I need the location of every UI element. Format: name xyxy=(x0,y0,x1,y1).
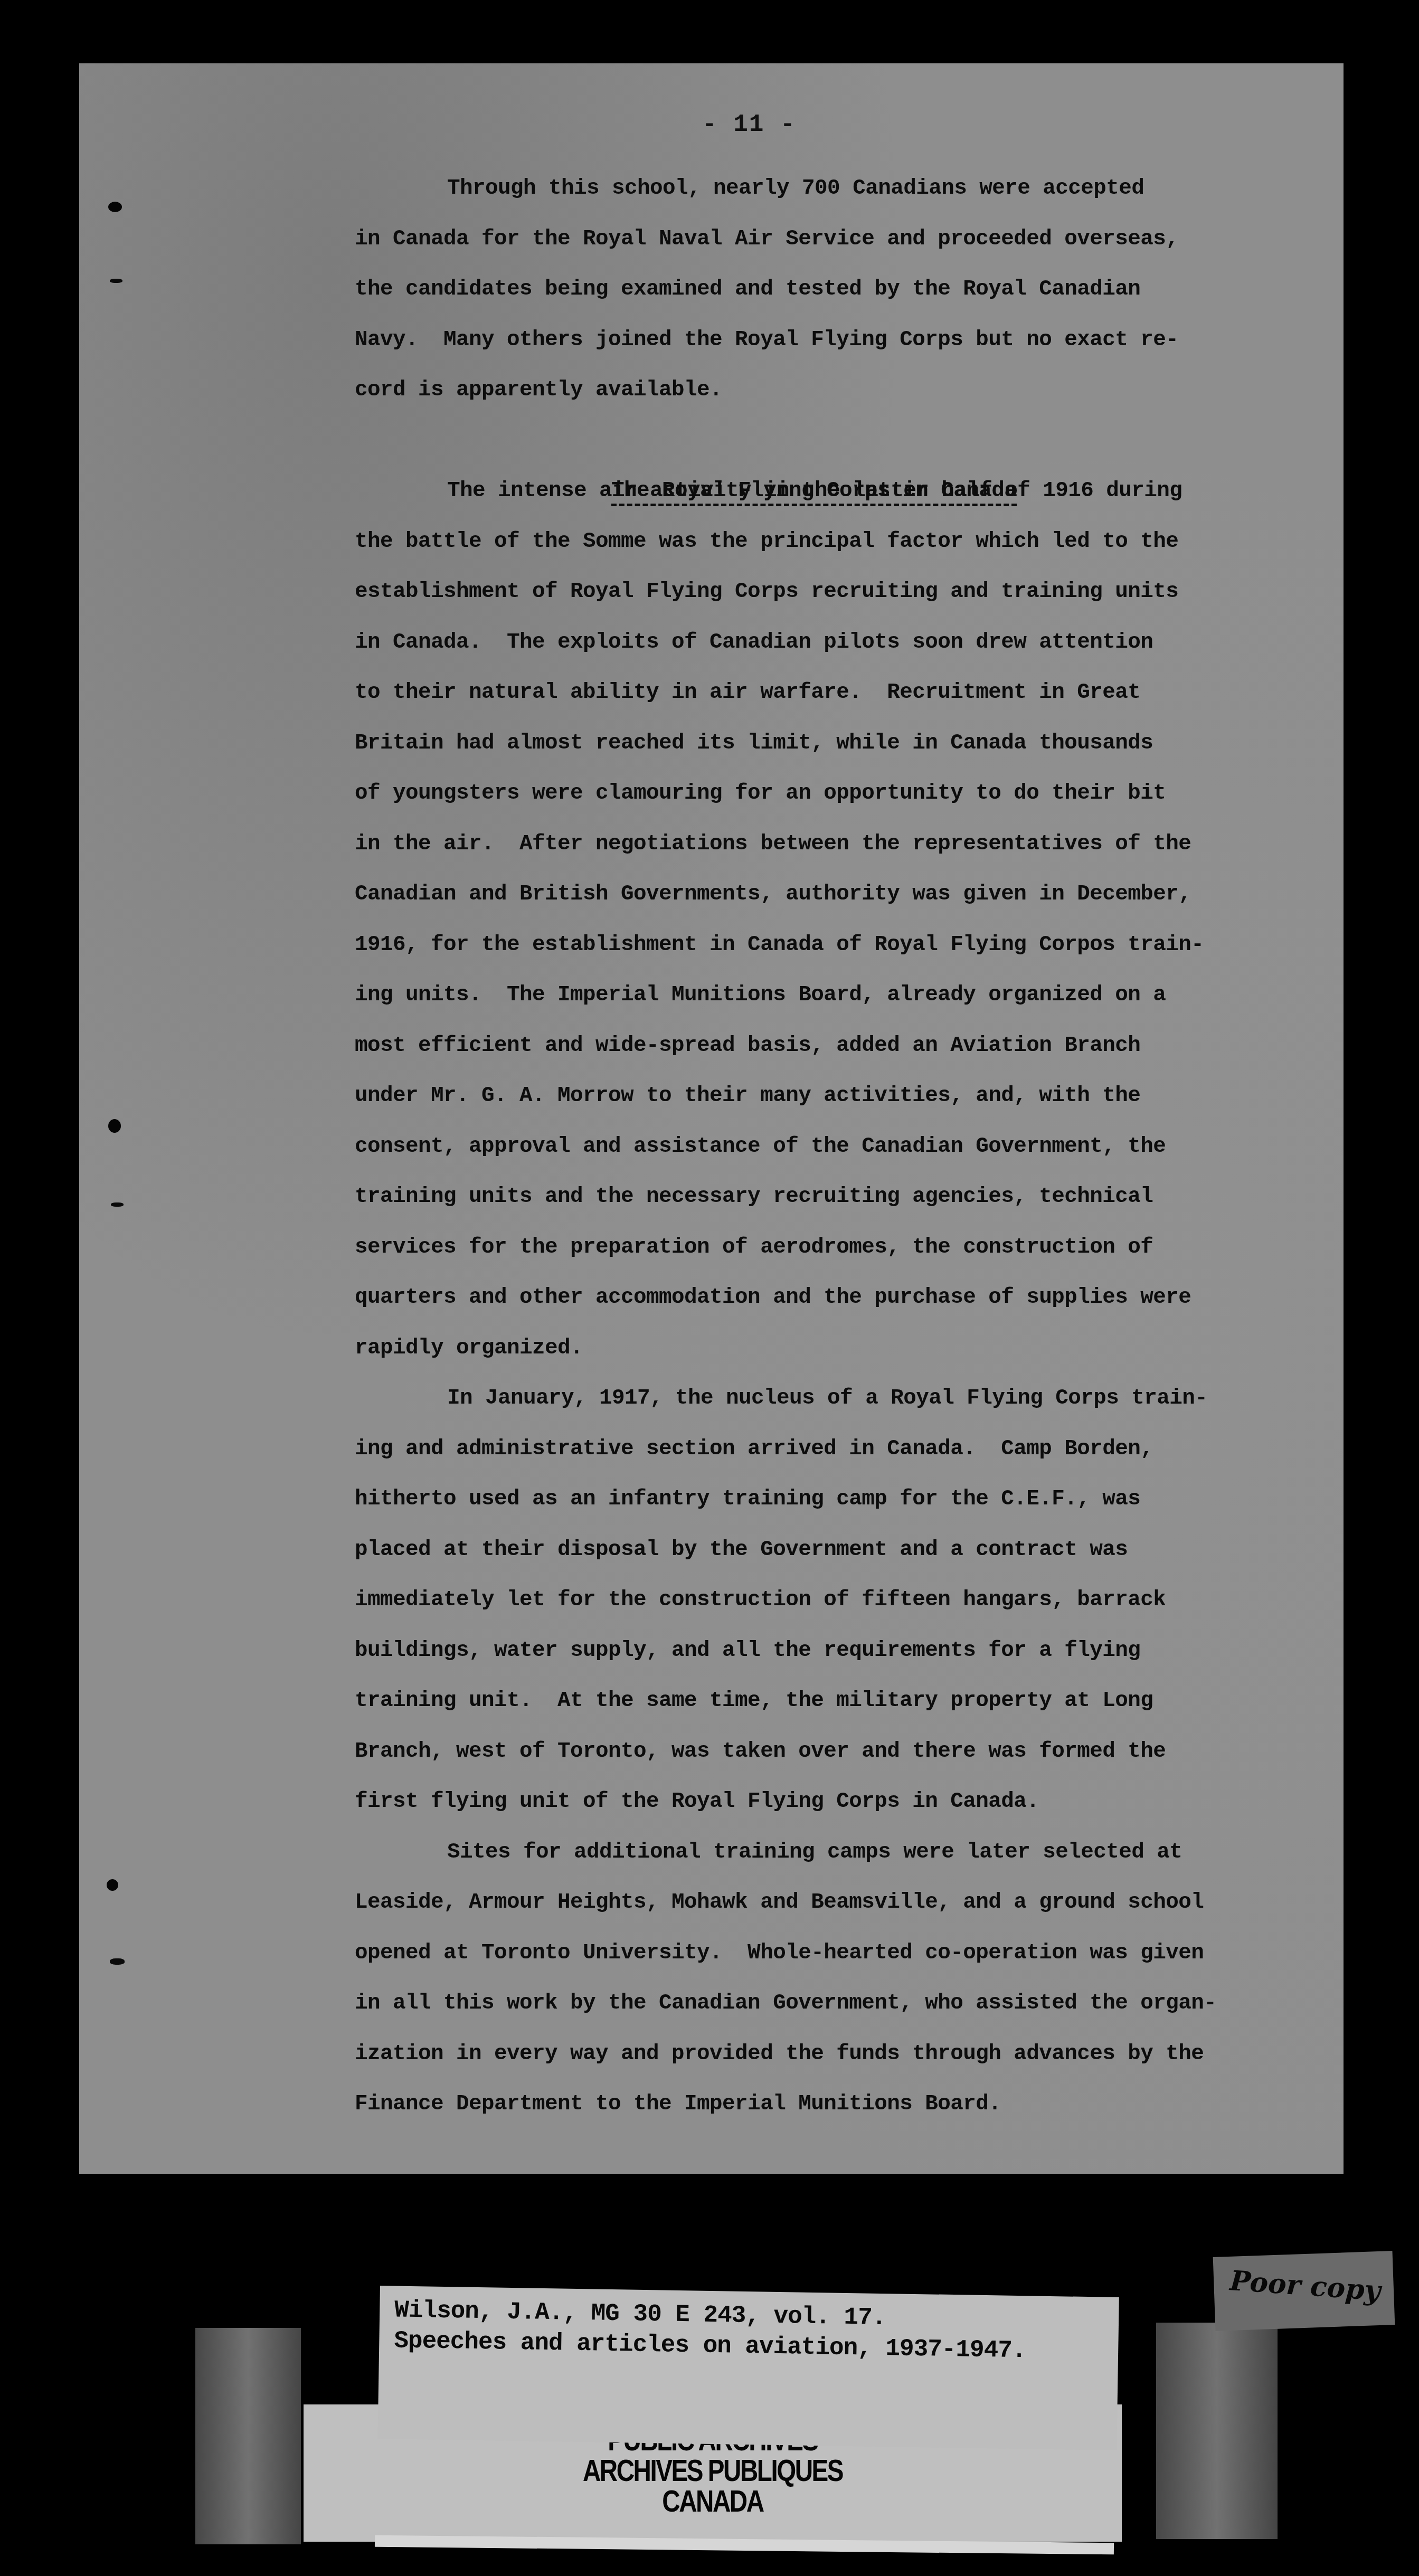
text-line: in Canada for the Royal Naval Air Servic… xyxy=(355,214,1273,265)
stamp-line-french: ARCHIVES PUBLIQUES xyxy=(377,2453,1048,2488)
punch-hole-mark xyxy=(108,202,122,212)
text-line: under Mr. G. A. Morrow to their many act… xyxy=(355,1071,1273,1122)
text-line: Canadian and British Governments, author… xyxy=(355,869,1273,920)
punch-hole-mark xyxy=(107,1879,118,1891)
archive-reference-label: Wilson, J.A., MG 30 E 243, vol. 17. Spee… xyxy=(377,2286,1119,2450)
text-line: Through this school, nearly 700 Canadian… xyxy=(355,164,1273,214)
text-line: ing units. The Imperial Munitions Board,… xyxy=(355,970,1273,1021)
text-line: quarters and other accommodation and the… xyxy=(355,1273,1273,1323)
text-line: training unit. At the same time, the mil… xyxy=(355,1676,1273,1727)
text-line: consent, approval and assistance of the … xyxy=(355,1122,1273,1172)
text-line: hitherto used as an infantry training ca… xyxy=(355,1474,1273,1525)
text-line: In January, 1917, the nucleus of a Royal… xyxy=(355,1374,1273,1424)
text-line: rapidly organized. xyxy=(355,1323,1273,1374)
folder-clip-right xyxy=(1156,2323,1278,2539)
paragraph-camp-borden: In January, 1917, the nucleus of a Royal… xyxy=(355,1374,1273,1827)
text-line: in the air. After negotiations between t… xyxy=(355,819,1273,870)
text-line: Leaside, Armour Heights, Mohawk and Beam… xyxy=(355,1878,1273,1928)
text-line: placed at their disposal by the Governme… xyxy=(355,1525,1273,1576)
archive-reference: Wilson, J.A., MG 30 E 243, vol. 17. xyxy=(394,2296,886,2332)
text-line: cord is apparently available. xyxy=(355,365,1273,416)
paragraph-intro: Through this school, nearly 700 Canadian… xyxy=(355,164,1273,416)
text-line: buildings, water supply, and all the req… xyxy=(355,1626,1273,1677)
margin-mark xyxy=(110,279,122,283)
text-line: to their natural ability in air warfare.… xyxy=(355,668,1273,718)
section-heading-row: The Royal Flying Corps in Canada xyxy=(355,416,1273,467)
text-line: opened at Toronto University. Whole-hear… xyxy=(355,1928,1273,1979)
handwritten-note-tag: Poor copy xyxy=(1213,2251,1395,2331)
text-line: ization in every way and provided the fu… xyxy=(355,2029,1273,2080)
text-line: 1916, for the establishment in Canada of… xyxy=(355,920,1273,971)
margin-mark xyxy=(111,1202,124,1207)
stamp-line-country: CANADA xyxy=(377,2484,1048,2519)
text-line: the candidates being examined and tested… xyxy=(355,264,1273,315)
margin-mark xyxy=(110,1958,125,1965)
paragraph-additional-sites: Sites for additional training camps were… xyxy=(355,1827,1273,2130)
text-line: The intense air activity in the latter h… xyxy=(355,466,1273,517)
text-line: first flying unit of the Royal Flying Co… xyxy=(355,1777,1273,1827)
text-line: Navy. Many others joined the Royal Flyin… xyxy=(355,315,1273,366)
text-line: Sites for additional training camps were… xyxy=(355,1827,1273,1878)
document-body: Through this school, nearly 700 Canadian… xyxy=(355,164,1273,2130)
text-line: Branch, west of Toronto, was taken over … xyxy=(355,1727,1273,1777)
handwritten-note: Poor copy xyxy=(1229,2265,1382,2307)
text-line: services for the preparation of aerodrom… xyxy=(355,1223,1273,1273)
text-line: in all this work by the Canadian Governm… xyxy=(355,1978,1273,2029)
text-line: immediately let for the construction of … xyxy=(355,1575,1273,1626)
text-line: most efficient and wide-spread basis, ad… xyxy=(355,1021,1273,1072)
punch-hole-mark xyxy=(108,1119,121,1133)
text-line: Finance Department to the Imperial Munit… xyxy=(355,2079,1273,2130)
folder-clip-left xyxy=(195,2328,301,2544)
text-line: training units and the necessary recruit… xyxy=(355,1172,1273,1223)
text-line: Britain had almost reached its limit, wh… xyxy=(355,718,1273,769)
archive-description: Speeches and articles on aviation, 1937-… xyxy=(394,2327,1026,2364)
text-line: ing and administrative section arrived i… xyxy=(355,1424,1273,1475)
page-number: - 11 - xyxy=(702,111,796,138)
text-line: establishment of Royal Flying Corps recr… xyxy=(355,567,1273,618)
text-line: of youngsters were clamouring for an opp… xyxy=(355,769,1273,819)
paragraph-rfc-establishment: The intense air activity in the latter h… xyxy=(355,466,1273,1374)
text-line: in Canada. The exploits of Canadian pilo… xyxy=(355,618,1273,668)
text-line: the battle of the Somme was the principa… xyxy=(355,517,1273,567)
